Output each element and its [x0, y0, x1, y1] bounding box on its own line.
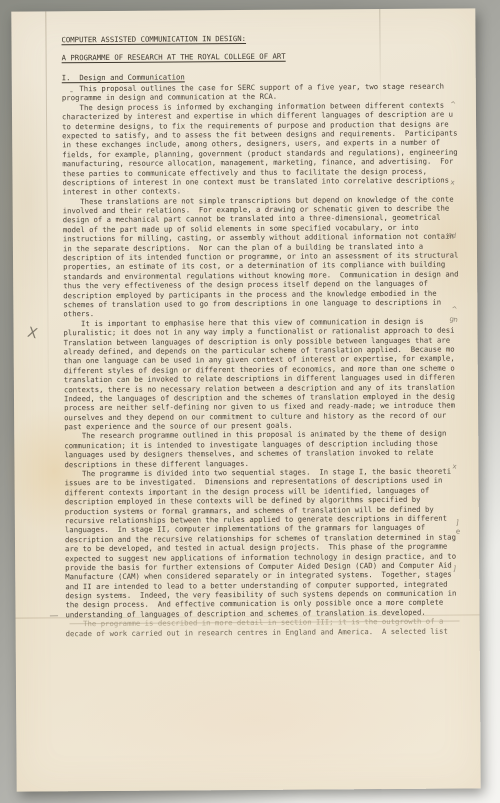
- document-title-line1: COMPUTER ASSISTED COMMUNICATION IN DESIG…: [61, 32, 475, 44]
- pencil-mark: x: [450, 178, 455, 186]
- pencil-mark: x: [452, 462, 457, 470]
- pencil-mark: ^: [449, 100, 455, 109]
- typescript-page: COMPUTER ASSISTED COMMUNICATION IN DESIG…: [11, 8, 480, 791]
- pencil-mark: ed: [447, 231, 456, 240]
- pencil-mark: -: [70, 87, 73, 97]
- pencil-mark: ^: [451, 305, 457, 314]
- pencil-mark: gn: [449, 315, 458, 324]
- scanned-document-photo: COMPUTER ASSISTED COMMUNICATION IN DESIG…: [0, 0, 500, 803]
- document-title-line2: A PROGRAMME OF RESEARCH AT THE ROYAL COL…: [62, 50, 476, 62]
- document-body: This proposal outlines the case for SERC…: [62, 81, 480, 638]
- pencil-mark: e: [455, 527, 460, 535]
- pencil-mark: —: [49, 611, 58, 621]
- typed-text-block: COMPUTER ASSISTED COMMUNICATION IN DESIG…: [11, 8, 480, 791]
